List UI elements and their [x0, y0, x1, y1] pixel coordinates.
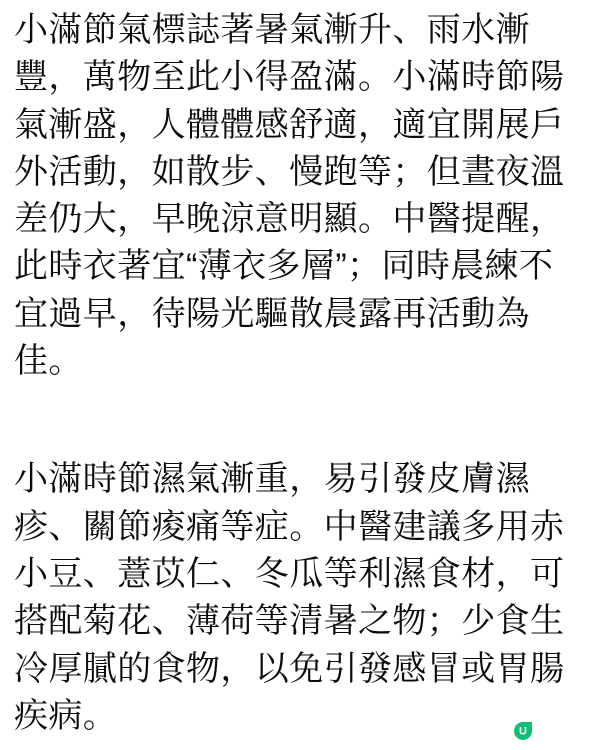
text-line: 豐，萬物至此小得盈滿。小滿時節陽	[14, 54, 586, 101]
paragraph-1: 小滿節氣標誌著暑氣漸升、雨水漸 豐，萬物至此小得盈滿。小滿時節陽 氣漸盛，人體體…	[14, 7, 586, 385]
text-line: 宜過早，待陽光驅散晨露再活動為	[14, 291, 586, 338]
text-line: 差仍大，早晚涼意明顯。中醫提醒，	[14, 196, 586, 243]
text-line: 小滿節氣標誌著暑氣漸升、雨水漸	[14, 7, 586, 54]
paragraph-2: 小滿時節濕氣漸重，易引發皮膚濕 疹、關節痠痛等症。中醫建議多用赤 小豆、薏苡仁、…	[14, 456, 586, 740]
logo-letter: U	[519, 726, 527, 737]
text-line: 疾病。	[14, 693, 586, 740]
text-line: 氣漸盛，人體體感舒適，適宜開展戶	[14, 102, 586, 149]
article-body: 小滿節氣標誌著暑氣漸升、雨水漸 豐，萬物至此小得盈滿。小滿時節陽 氣漸盛，人體體…	[14, 7, 586, 740]
text-line: 小滿時節濕氣漸重，易引發皮膚濕	[14, 456, 586, 503]
text-line: 外活動，如散步、慢跑等；但晝夜溫	[14, 149, 586, 196]
text-line: 搭配菊花、薄荷等清暑之物；少食生	[14, 598, 586, 645]
text-line: 佳。	[14, 338, 586, 385]
text-line: 此時衣著宜“薄衣多層”；同時晨練不	[14, 243, 586, 290]
text-line: 小豆、薏苡仁、冬瓜等利濕食材，可	[14, 551, 586, 598]
text-line: 冷厚膩的食物，以免引發感冒或胃腸	[14, 646, 586, 693]
u-lifestyle-logo-icon: U	[514, 722, 532, 740]
text-line: 疹、關節痠痛等症。中醫建議多用赤	[14, 504, 586, 551]
